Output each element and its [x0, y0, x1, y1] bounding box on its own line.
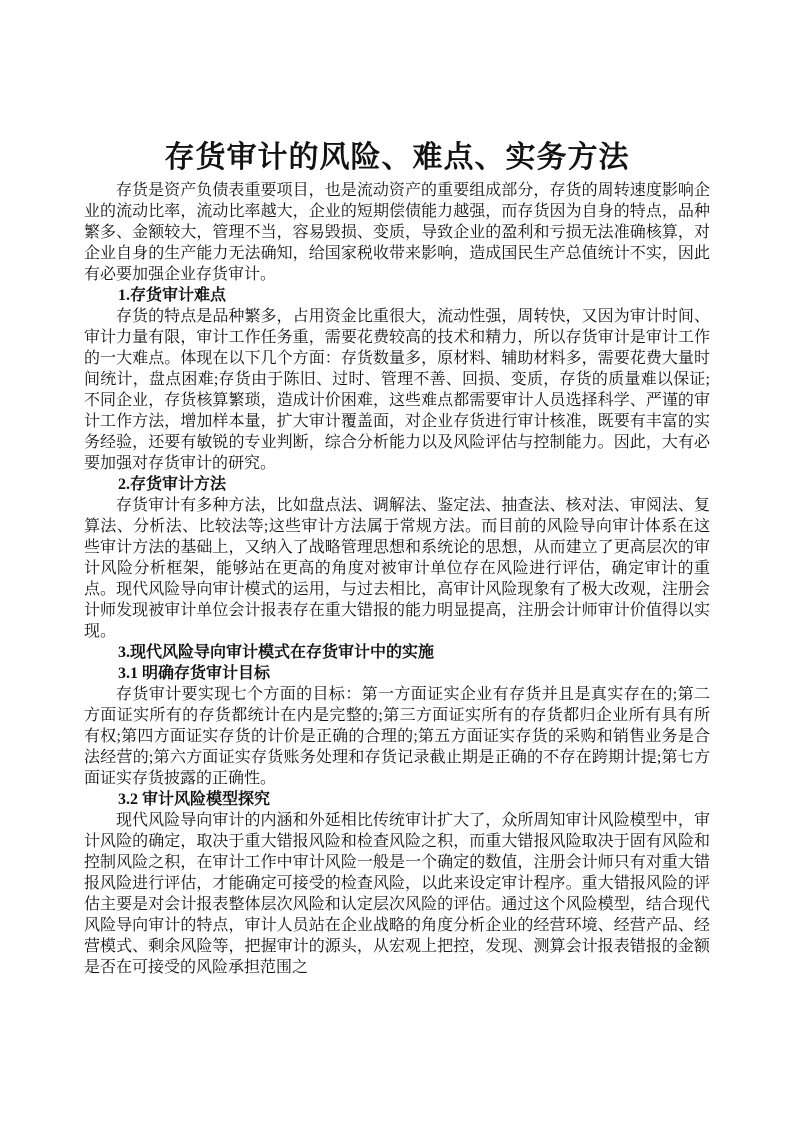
- paragraph-section-3-2: 现代风险导向审计的内涵和外延相比传统审计扩大了，众所周知审计风险模型中，审计风险…: [84, 810, 710, 978]
- document-title: 存货审计的风险、难点、实务方法: [84, 136, 710, 180]
- paragraph-section-3-1: 存货审计要实现七个方面的目标：第一方面证实企业有存货并且是真实存在的;第二方面证…: [84, 684, 710, 789]
- paragraph-section-1: 存货的特点是品种繁多，占用资金比重很大，流动性强，周转快，又因为审计时间、审计力…: [84, 306, 710, 474]
- section-heading-3: 3.现代风险导向审计模式在存货审计中的实施: [84, 642, 710, 663]
- paragraph-section-2: 存货审计有多种方法，比如盘点法、调解法、鉴定法、抽查法、核对法、审阅法、复算法、…: [84, 495, 710, 642]
- document-page: 存货审计的风险、难点、实务方法 存货是资产负债表重要项目，也是流动资产的重要组成…: [0, 0, 793, 1121]
- paragraph-intro: 存货是资产负债表重要项目，也是流动资产的重要组成部分，存货的周转速度影响企业的流…: [84, 180, 710, 285]
- section-heading-3-1: 3.1 明确存货审计目标: [84, 663, 710, 684]
- section-heading-3-2: 3.2 审计风险模型探究: [84, 789, 710, 810]
- section-heading-1: 1.存货审计难点: [84, 285, 710, 306]
- section-heading-2: 2.存货审计方法: [84, 474, 710, 495]
- document-content: 存货审计的风险、难点、实务方法 存货是资产负债表重要项目，也是流动资产的重要组成…: [84, 0, 710, 978]
